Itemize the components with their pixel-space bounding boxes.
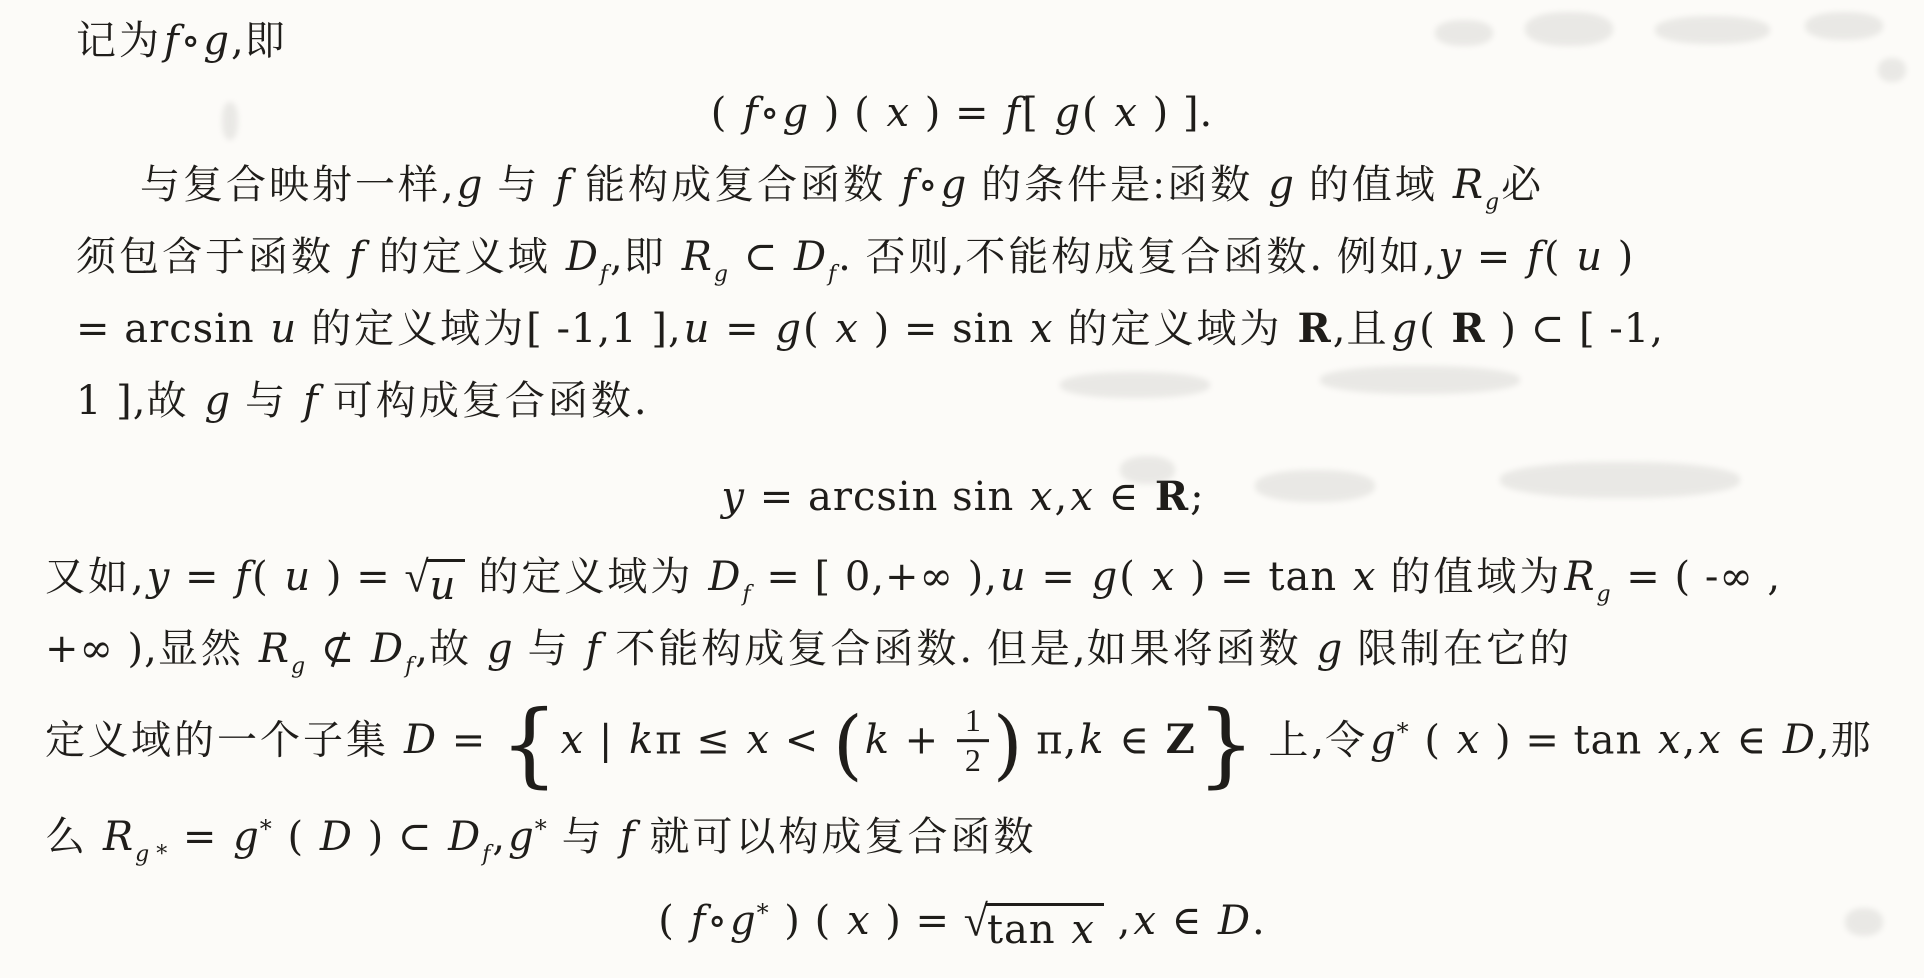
bleed-through-mark [1500, 462, 1740, 498]
scanned-textbook-page: 记为f∘g,即( f∘g ) ( x ) = f[ g( x ) ].与复合映射… [0, 0, 1924, 978]
formula-line: ( f∘g ) ( x ) = f[ g( x ) ]. [0, 88, 1924, 138]
text-line: 么 Rg * = g* ( D ) ⊂ Df,g* 与 f 就可以构成复合函数 [45, 812, 1037, 869]
text-line: 须包含于函数 f 的定义域 Df,即 Rg ⊂ Df. 否则,不能构成复合函数.… [76, 232, 1634, 289]
bleed-through-mark [1525, 12, 1613, 46]
bleed-through-mark [222, 102, 238, 140]
text-line: 定义域的一个子集 D = {x | kπ ≤ x < (k + 12) π,k … [45, 706, 1874, 783]
bleed-through-mark [1435, 20, 1493, 46]
bleed-through-mark [1655, 16, 1770, 44]
bleed-through-mark [1120, 456, 1175, 484]
text-line: 1 ],故 g 与 f 可构成复合函数. [76, 376, 648, 426]
bleed-through-mark [1805, 12, 1883, 40]
text-line: 与复合映射一样,g 与 f 能构成复合函数 f∘g 的条件是:函数 g 的值域 … [140, 160, 1544, 217]
text-line: = arcsin u 的定义域为[ -1,1 ],u = g( x ) = si… [76, 304, 1664, 354]
formula-line: ( f∘g* ) ( x ) = √tan x ,x ∈ D. [0, 896, 1924, 951]
text-line: +∞ ),显然 Rg ⊄ Df,故 g 与 f 不能构成复合函数. 但是,如果将… [45, 624, 1572, 681]
bleed-through-mark [1060, 372, 1210, 398]
bleed-through-mark [1320, 366, 1520, 394]
text-line: 记为f∘g,即 [76, 16, 288, 66]
bleed-through-mark [1878, 58, 1906, 82]
bleed-through-mark [1845, 908, 1883, 936]
text-line: 又如,y = f( u ) = √u 的定义域为 Df = [ 0,+∞ ),u… [45, 552, 1781, 609]
bleed-through-mark [1255, 470, 1375, 502]
